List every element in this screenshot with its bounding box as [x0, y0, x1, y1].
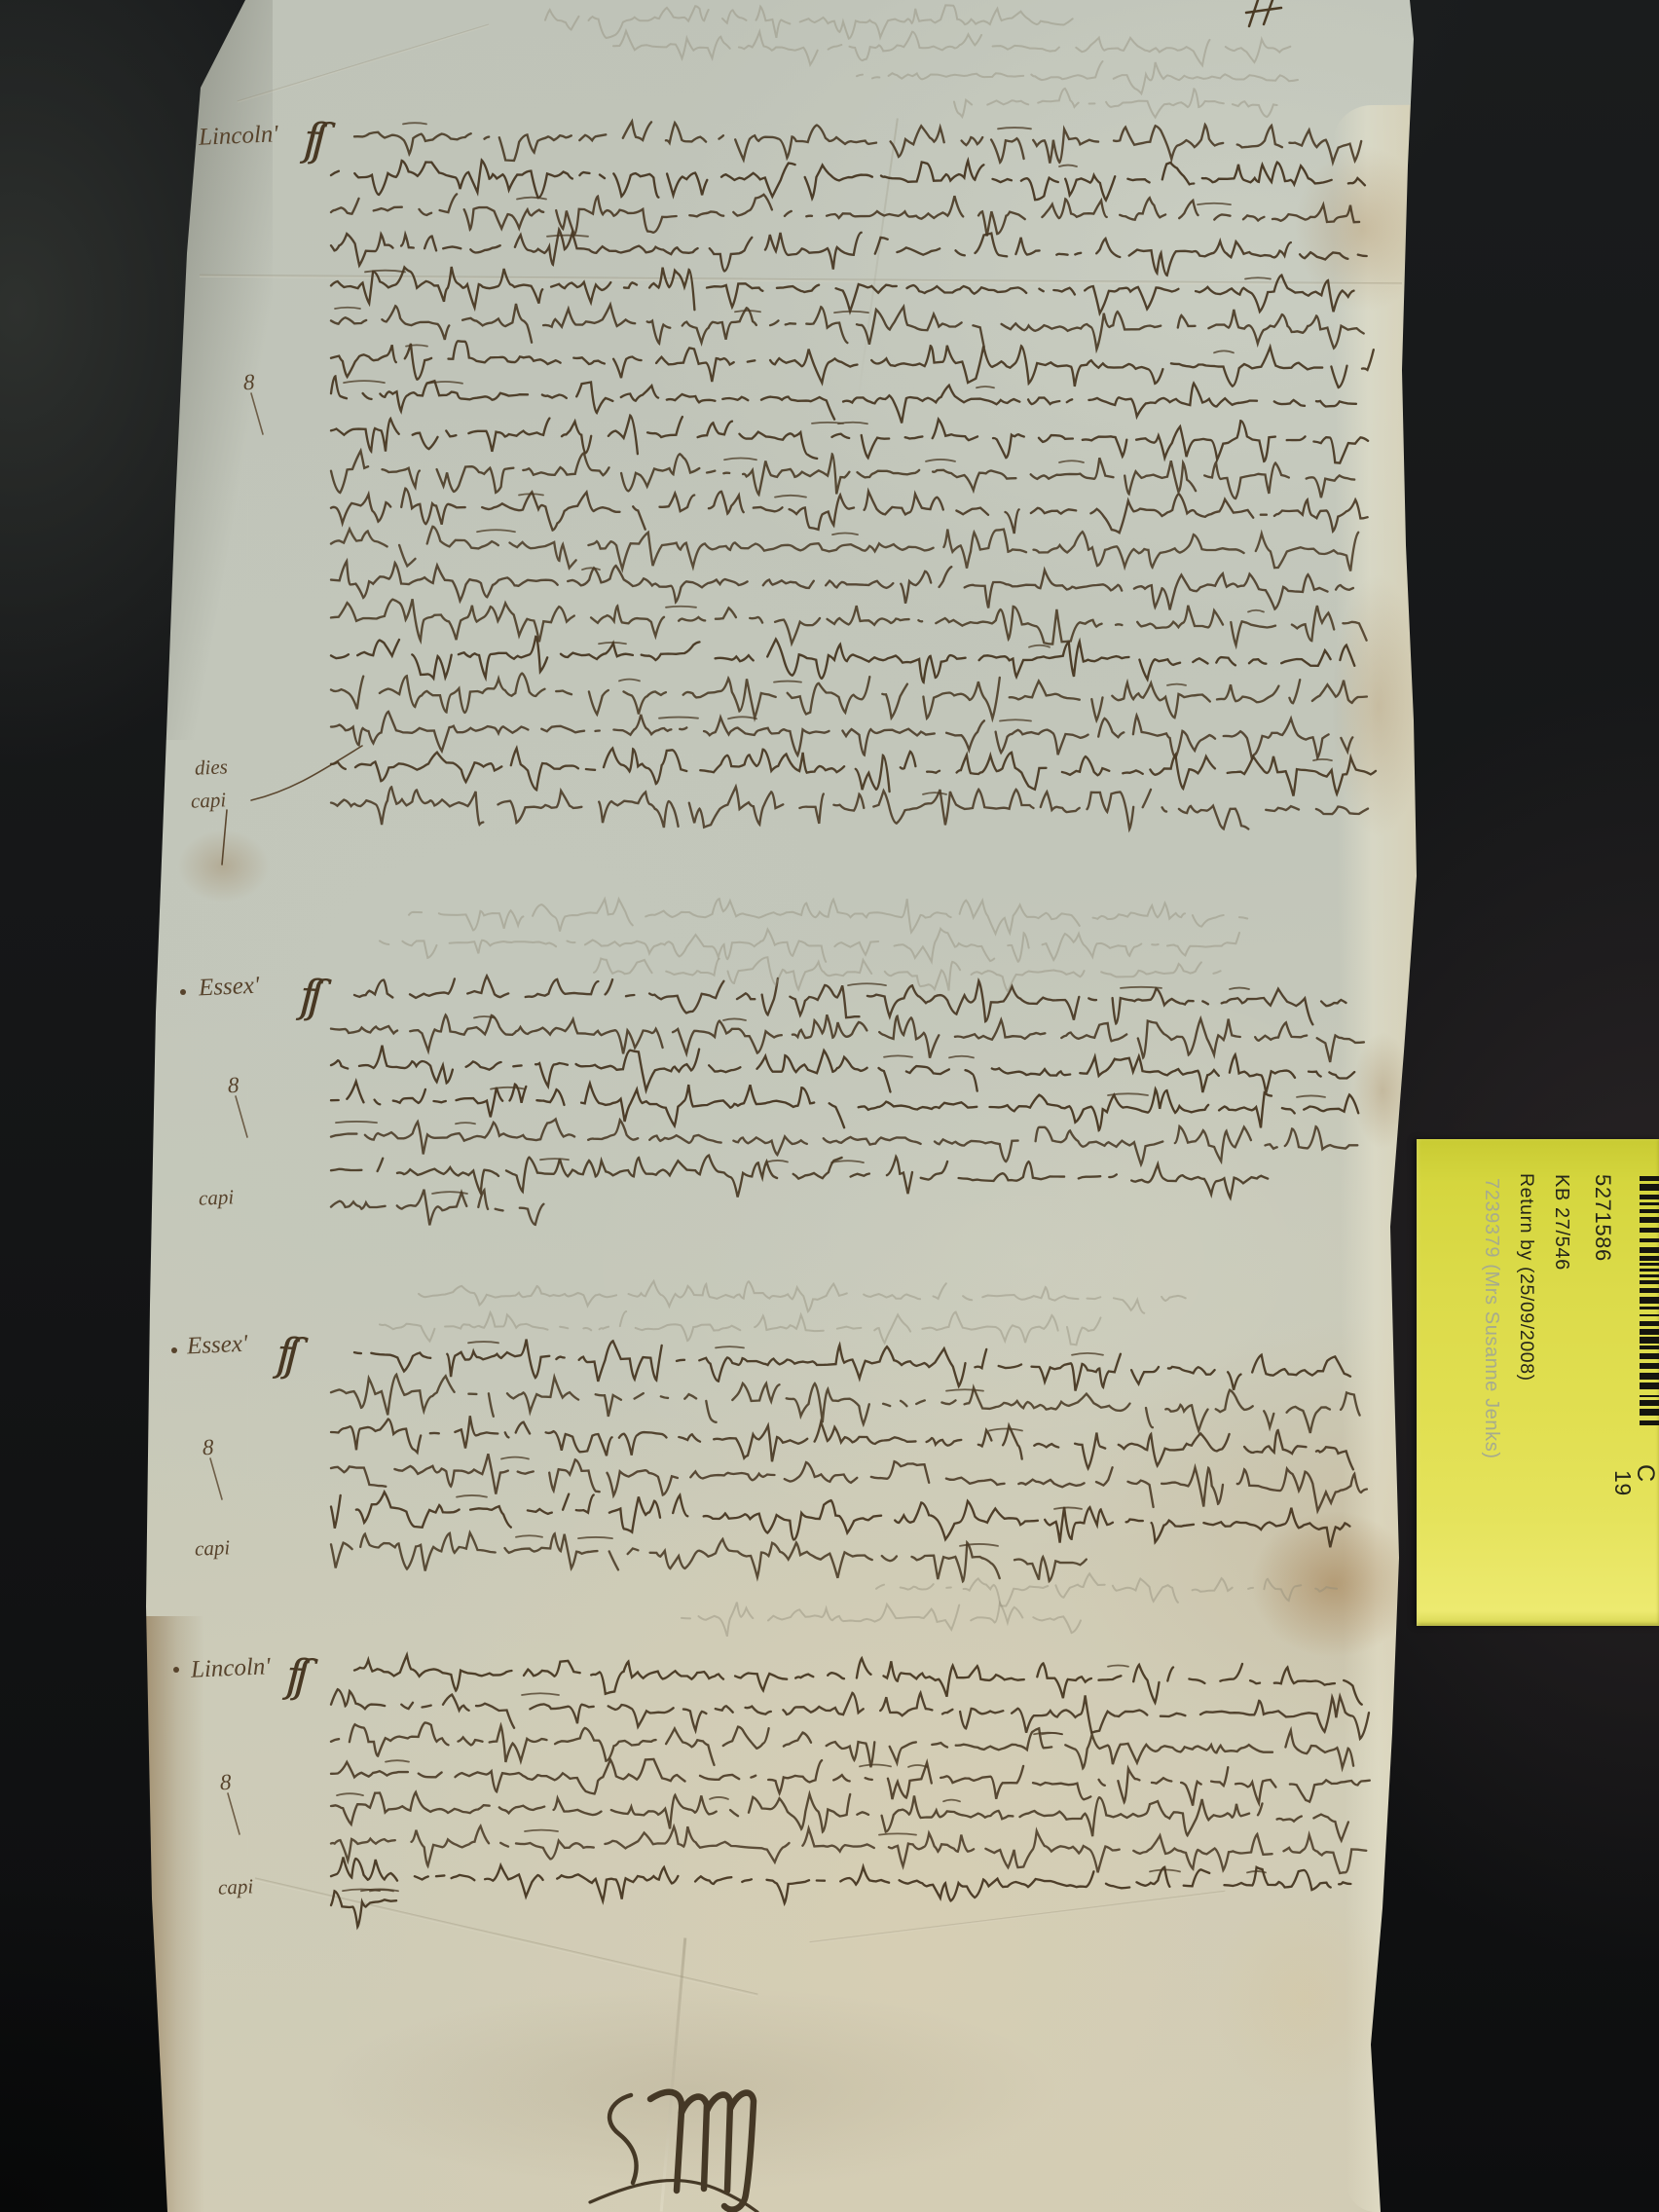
abbreviation-bar [1248, 610, 1264, 612]
barcode-bar [1640, 1256, 1659, 1261]
abbreviation-bar [468, 1342, 498, 1343]
abbreviation-bar [812, 423, 843, 424]
ghost-text-line [876, 1573, 1337, 1605]
abbreviation-bar [477, 530, 515, 532]
abbreviation-bar [998, 128, 1031, 129]
abbreviation-bar [386, 1760, 409, 1761]
abbreviation-bar [1108, 1093, 1148, 1095]
ghost-text-line [409, 899, 1247, 934]
slip-seat-row: C [1633, 1464, 1657, 1483]
abbreviation-bar [365, 271, 405, 273]
text-line [331, 1792, 1365, 1841]
text-line [331, 267, 1354, 313]
text-line [331, 230, 1367, 276]
abbreviation-bar [1059, 461, 1084, 462]
abbreviation-bar [977, 387, 994, 387]
margin-process-mark: 8 [219, 1770, 232, 1795]
text-line [331, 451, 1354, 498]
text-line [331, 1190, 552, 1226]
abbreviation-bar [774, 682, 801, 682]
barcode-bar [1640, 1373, 1659, 1380]
abbreviation-bar [619, 680, 640, 682]
barcode-bar [1640, 1202, 1659, 1205]
abbreviation-bar [403, 123, 426, 124]
slip-item-number: 5271586 [1592, 1174, 1613, 1262]
county-label: Lincoln' [198, 121, 278, 152]
margin-note: capi [217, 1874, 253, 1900]
abbreviation-bar [1313, 759, 1332, 760]
barcode-bar [1640, 1238, 1659, 1242]
ghost-text-line [613, 31, 1290, 65]
barcode-bar [1640, 1363, 1659, 1369]
text-line [331, 1375, 1376, 1433]
barcode-bar [1640, 1314, 1659, 1316]
abbreviation-bar [1000, 719, 1031, 720]
margin-mark-tail [236, 1096, 247, 1137]
abbreviation-bar [716, 1346, 744, 1347]
text-line [331, 787, 1380, 829]
abbreviation-bar [337, 1793, 363, 1795]
abbreviation-bar [728, 717, 756, 719]
abbreviation-bar [848, 983, 886, 985]
barcode [1640, 1176, 1659, 1410]
membrane-number-mark [590, 2092, 757, 2212]
abbreviation-bar [775, 496, 806, 498]
abbreviation-bar [501, 1457, 529, 1459]
corner-mark [1246, 0, 1281, 26]
abbreviation-bar [457, 1495, 487, 1497]
abbreviation-bar [989, 1429, 1022, 1431]
ghost-text-line [380, 1311, 1101, 1345]
paragraph-opener: ſſ [285, 1653, 303, 1699]
abbreviation-bar [344, 381, 385, 383]
abbreviation-bar [735, 311, 760, 312]
barcode-bar [1640, 1184, 1659, 1191]
abbreviation-bar [923, 793, 946, 794]
abbreviation-bar [908, 1765, 927, 1767]
abbreviation-bar [522, 1693, 559, 1695]
abbreviation-bar [428, 382, 462, 384]
barcode-bar [1640, 1274, 1659, 1277]
text-line [331, 1532, 1087, 1581]
barcode-bar [1640, 1329, 1659, 1335]
abbreviation-bar [1230, 988, 1249, 989]
margin-bullet [173, 1667, 179, 1673]
abbreviation-bar [582, 568, 600, 570]
margin-process-mark: 8 [227, 1073, 240, 1098]
barcode-bar [1640, 1346, 1659, 1349]
abbreviation-bar [946, 1389, 983, 1390]
barcode-bar [1640, 1247, 1659, 1253]
slip-seat-number: 19 [1611, 1470, 1634, 1496]
abbreviation-bar [659, 718, 698, 719]
margin-note: capi [194, 1535, 230, 1562]
text-line [331, 1082, 1373, 1130]
abbreviation-bar [1121, 987, 1161, 988]
margin-bullet [180, 989, 186, 995]
barcode-bar [1640, 1321, 1659, 1326]
barcode-bar [1640, 1409, 1659, 1416]
text-line [331, 489, 1368, 534]
text-line [331, 674, 1367, 720]
abbreviation-bar [710, 1797, 728, 1799]
paragraph-opener: ſſ [276, 1332, 293, 1378]
abbreviation-bar [456, 1123, 475, 1124]
abbreviation-bar [578, 1537, 612, 1538]
margin-note: dies [194, 755, 228, 780]
ghost-text-line [857, 61, 1298, 93]
abbreviation-bar [1245, 277, 1271, 278]
margin-process-mark: 8 [202, 1435, 214, 1460]
abbreviation-bar [491, 1088, 525, 1089]
barcode-bar [1640, 1209, 1659, 1213]
abbreviation-bar [1042, 1733, 1062, 1734]
county-label: Essex' [198, 973, 259, 1003]
barcode-bar [1640, 1382, 1659, 1389]
abbreviation-bar [1059, 166, 1077, 166]
text-line [331, 1493, 1349, 1548]
ghost-text-line [419, 1281, 1186, 1313]
abbreviation-bar [1054, 1507, 1082, 1508]
abbreviation-bar [1167, 684, 1186, 685]
text-line [331, 1858, 1350, 1903]
margin-mark-tail [210, 1458, 222, 1499]
margin-mark-tail [228, 1793, 240, 1834]
margin-pointer-line [222, 746, 362, 865]
abbreviation-bar [1029, 645, 1050, 647]
abbreviation-bar [432, 1192, 467, 1194]
abbreviation-bar [949, 1056, 974, 1058]
ghost-text-line [954, 89, 1277, 118]
abbreviation-bar [406, 345, 427, 346]
abbreviation-bar [860, 1764, 891, 1766]
abbreviation-bar [831, 1161, 864, 1162]
text-line [331, 376, 1356, 423]
ghost-text-line [594, 957, 1221, 991]
abbreviation-bar [1198, 203, 1231, 204]
slip-return-by: Return by (25/09/2008) [1517, 1173, 1536, 1382]
barcode-bar [1640, 1400, 1659, 1406]
abbreviation-bar [1297, 1095, 1325, 1096]
text-line [331, 1759, 1370, 1806]
text-line [331, 194, 1359, 236]
abbreviation-bar [834, 312, 868, 313]
abbreviation-bar [724, 458, 756, 460]
abbreviation-bar [336, 1122, 377, 1123]
barcode-bar [1640, 1228, 1659, 1233]
text-line [331, 637, 1354, 682]
abbreviation-bar [879, 1833, 916, 1834]
ghost-text-line [380, 929, 1250, 962]
abbreviation-bar [666, 607, 696, 608]
text-line [331, 1689, 1369, 1739]
abbreviation-bar [335, 308, 360, 309]
margin-mark-tail [251, 393, 263, 434]
abbreviation-bar [1072, 1353, 1103, 1355]
abbreviation-bar [474, 1016, 495, 1017]
barcode-bar [1640, 1307, 1659, 1309]
barcode-bar [1640, 1353, 1659, 1359]
paragraph-opener: ſſ [299, 974, 316, 1019]
abbreviation-bar [832, 533, 858, 535]
text-line [331, 1891, 396, 1927]
abbreviation-bar [767, 1161, 788, 1162]
slip-reference: KB 27/546 [1552, 1174, 1571, 1271]
abbreviation-bar [547, 236, 588, 237]
barcode-bar [1640, 1420, 1659, 1425]
abbreviation-bar [943, 1800, 960, 1802]
text-line [331, 1046, 1354, 1093]
margin-process-mark: 8 [242, 370, 255, 395]
barcode-bar [1640, 1337, 1659, 1344]
margin-note: capi [198, 1185, 234, 1211]
barcode-bar [1640, 1195, 1659, 1199]
barcode-bar [1640, 1217, 1659, 1223]
text-line [331, 161, 1365, 201]
county-label: Essex' [186, 1331, 247, 1361]
abbreviation-bar [517, 198, 546, 200]
barcode-bar [1640, 1280, 1659, 1284]
barcode-bar [1640, 1176, 1659, 1181]
barcode-bar [1640, 1269, 1659, 1272]
text-line [331, 561, 1368, 609]
ghost-text-line [682, 1603, 1093, 1637]
margin-note: capi [190, 788, 226, 814]
text-line [354, 1340, 1350, 1391]
paragraph-opener: ſſ [303, 117, 320, 163]
abbreviation-bar [1108, 1665, 1128, 1666]
abbreviation-bar [884, 1055, 912, 1056]
text-line [331, 1014, 1364, 1062]
county-label: Lincoln' [190, 1653, 271, 1684]
text-line [331, 1826, 1366, 1873]
barcode-bar [1640, 1297, 1659, 1304]
text-line [331, 1722, 1353, 1768]
abbreviation-bar [525, 1830, 558, 1831]
abbreviation-bar [960, 1544, 998, 1546]
text-line [331, 1454, 1367, 1511]
text-line [354, 1655, 1362, 1705]
abbreviation-bar [540, 1159, 569, 1160]
abbreviation-bar [926, 460, 955, 461]
barcode-bar [1640, 1288, 1659, 1293]
margin-bullet [171, 1347, 177, 1353]
text-line [331, 749, 1376, 796]
text-line [331, 1156, 1268, 1198]
barcode-bar [1640, 1395, 1659, 1397]
request-slip: 5271586 KB 27/546 Return by (25/09/2008)… [1417, 1139, 1659, 1626]
abbreviation-bar [1214, 350, 1234, 352]
abbreviation-bar [519, 494, 543, 495]
text-line [354, 122, 1361, 164]
text-line [331, 599, 1367, 645]
text-line [331, 341, 1374, 387]
slip-reader-stamp: 7239379 (Mrs Susanne Jenks) [1482, 1178, 1501, 1459]
abbreviation-bar [723, 1018, 746, 1020]
text-line [331, 712, 1352, 758]
barcode-bar [1640, 1263, 1659, 1266]
abbreviation-bar [516, 1535, 542, 1537]
